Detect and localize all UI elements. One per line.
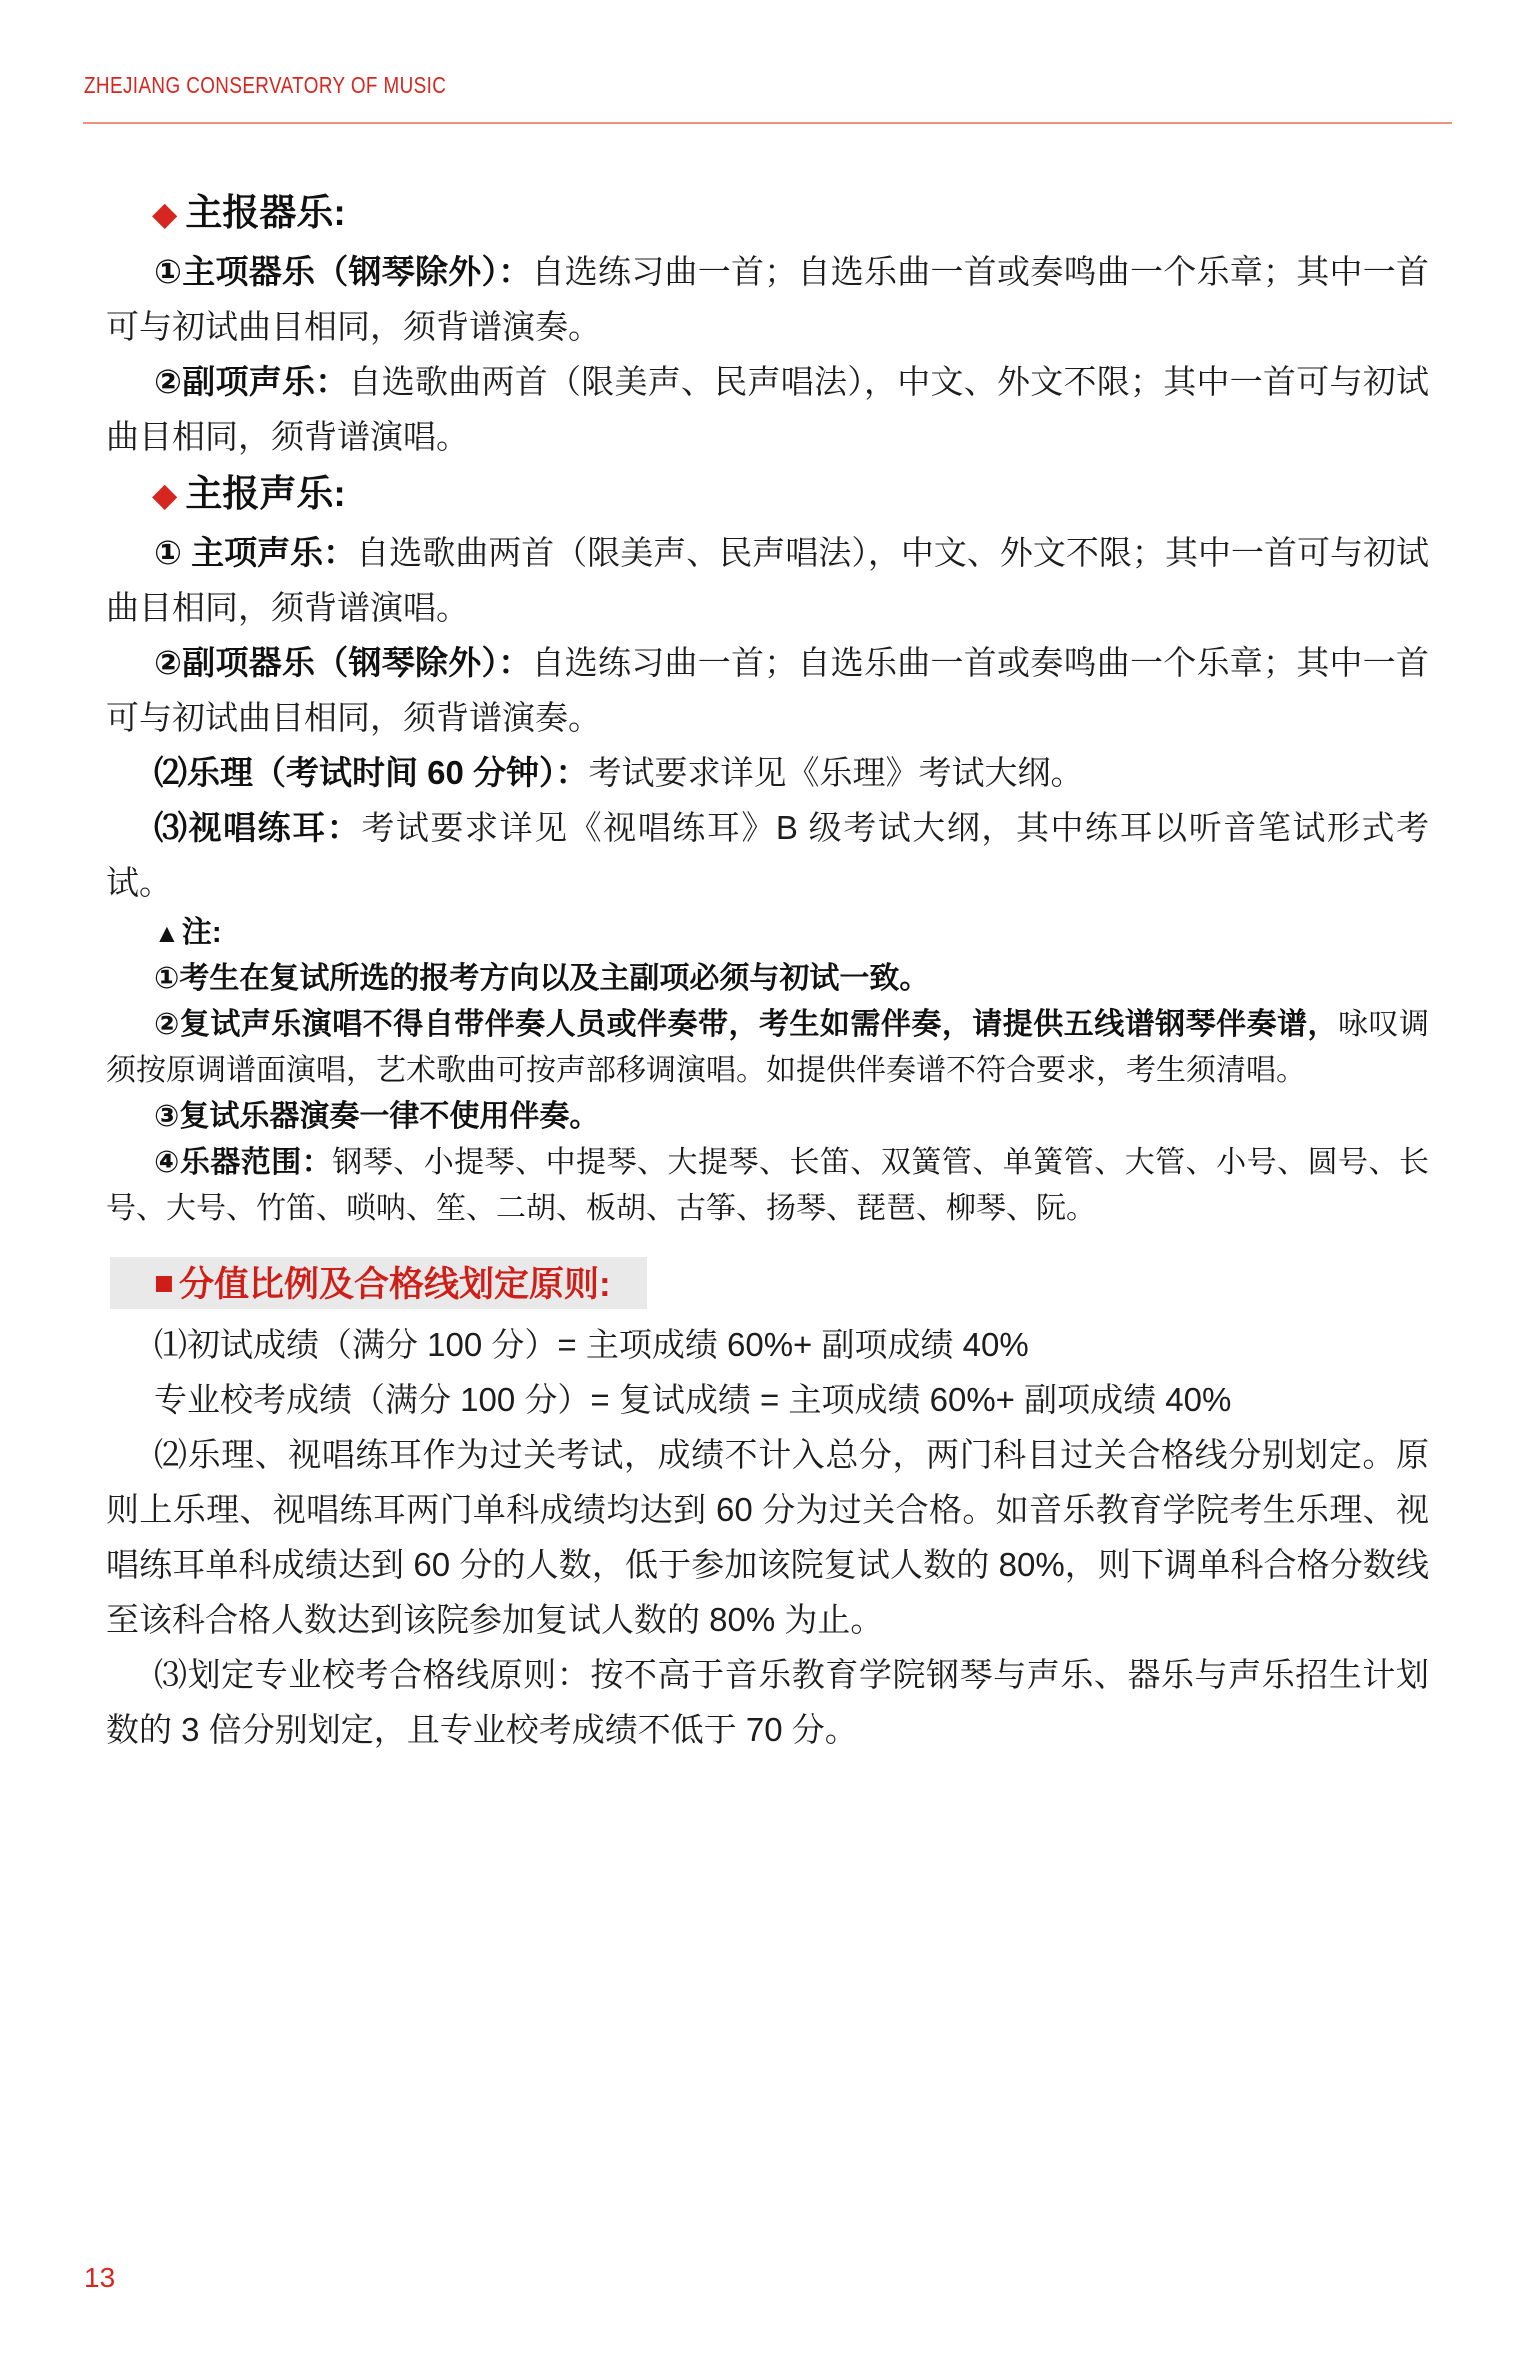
score-section-heading: ■分值比例及合格线划定原则: xyxy=(110,1257,647,1309)
square-bullet-icon: ■ xyxy=(154,1264,174,1301)
diamond-bullet-icon: ◆ xyxy=(152,195,177,232)
section-heading-instrumental-text: 主报器乐: xyxy=(185,192,345,233)
paragraph-instrumental-minor: ②副项器乐（钢琴除外）：自选练习曲一首；自选乐曲一首或奏鸣曲一个乐章；其中一首可… xyxy=(106,635,1429,745)
score-rule-2: ⑵乐理、视唱练耳作为过关考试，成绩不计入总分，两门科目过关合格线分别划定。原则上… xyxy=(106,1427,1429,1647)
note-item-4: ④乐器范围：钢琴、小提琴、中提琴、大提琴、长笛、双簧管、单簧管、大管、小号、圆号… xyxy=(106,1140,1429,1232)
paragraph-vocal-minor: ②副项声乐：自选歌曲两首（限美声、民声唱法），中文、外文不限；其中一首可与初试曲… xyxy=(106,354,1429,464)
score-rule-1b: 专业校考成绩（满分 100 分）= 复试成绩 = 主项成绩 60%+ 副项成绩 … xyxy=(106,1372,1429,1427)
score-section-heading-text: 分值比例及合格线划定原则: xyxy=(179,1265,611,1304)
notes-label: ▲注: xyxy=(106,910,1429,956)
section-heading-instrumental: ◆主报器乐: xyxy=(106,183,1429,244)
document-page: ZHEJIANG CONSERVATORY OF MUSIC ◆主报器乐: ①主… xyxy=(0,0,1535,2362)
document-content: ◆主报器乐: ①主项器乐（钢琴除外）：自选练习曲一首；自选乐曲一首或奏鸣曲一个乐… xyxy=(106,183,1429,1757)
section-heading-vocal: ◆主报声乐: xyxy=(106,464,1429,525)
score-rule-1: ⑴初试成绩（满分 100 分）= 主项成绩 60%+ 副项成绩 40% xyxy=(106,1317,1429,1372)
page-number: 13 xyxy=(84,2262,115,2294)
note-item-2: ②复试声乐演唱不得自带伴奏人员或伴奏带，考生如需伴奏，请提供五线谱钢琴伴奏谱，咏… xyxy=(106,1002,1429,1094)
paragraph-lead: ②副项声乐： xyxy=(154,363,348,400)
paragraph-lead: ⑶视唱练耳： xyxy=(154,809,361,846)
paragraph-vocal-major: ① 主项声乐：自选歌曲两首（限美声、民声唱法），中文、外文不限；其中一首可与初试… xyxy=(106,525,1429,635)
note-lead: ④乐器范围： xyxy=(154,1146,332,1179)
note-lead: ②复试声乐演唱不得自带伴奏人员或伴奏带，考生如需伴奏，请提供五线谱钢琴伴奏谱， xyxy=(154,1008,1338,1041)
paragraph-lead: ⑵乐理（考试时间 60 分钟）： xyxy=(154,754,589,791)
paragraph-music-theory: ⑵乐理（考试时间 60 分钟）：考试要求详见《乐理》考试大纲。 xyxy=(106,745,1429,800)
note-item-3: ③复试乐器演奏一律不使用伴奏。 xyxy=(106,1094,1429,1140)
diamond-bullet-icon: ◆ xyxy=(152,476,177,513)
notes-label-text: 注: xyxy=(182,916,222,949)
score-rule-3: ⑶划定专业校考合格线原则：按不高于音乐教育学院钢琴与声乐、器乐与声乐招生计划数的… xyxy=(106,1647,1429,1757)
paragraph-lead: ①主项器乐（钢琴除外）： xyxy=(154,253,531,290)
note-text: ①考生在复试所选的报考方向以及主副项必须与初试一致。 xyxy=(154,962,929,995)
paragraph-instrumental-major: ①主项器乐（钢琴除外）：自选练习曲一首；自选乐曲一首或奏鸣曲一个乐章；其中一首可… xyxy=(106,244,1429,354)
note-item-1: ①考生在复试所选的报考方向以及主副项必须与初试一致。 xyxy=(106,956,1429,1002)
paragraph-text: 考试要求详见《乐理》考试大纲。 xyxy=(589,754,1084,791)
header-divider xyxy=(83,122,1452,124)
paragraph-ear-training: ⑶视唱练耳：考试要求详见《视唱练耳》B 级考试大纲，其中练耳以听音笔试形式考试。 xyxy=(106,800,1429,910)
section-heading-vocal-text: 主报声乐: xyxy=(185,473,345,514)
paragraph-lead: ②副项器乐（钢琴除外）： xyxy=(154,644,531,681)
page-header-title: ZHEJIANG CONSERVATORY OF MUSIC xyxy=(84,72,446,99)
triangle-icon: ▲ xyxy=(154,918,180,948)
paragraph-lead: ① 主项声乐： xyxy=(154,534,356,571)
note-text: ③复试乐器演奏一律不使用伴奏。 xyxy=(154,1100,599,1133)
